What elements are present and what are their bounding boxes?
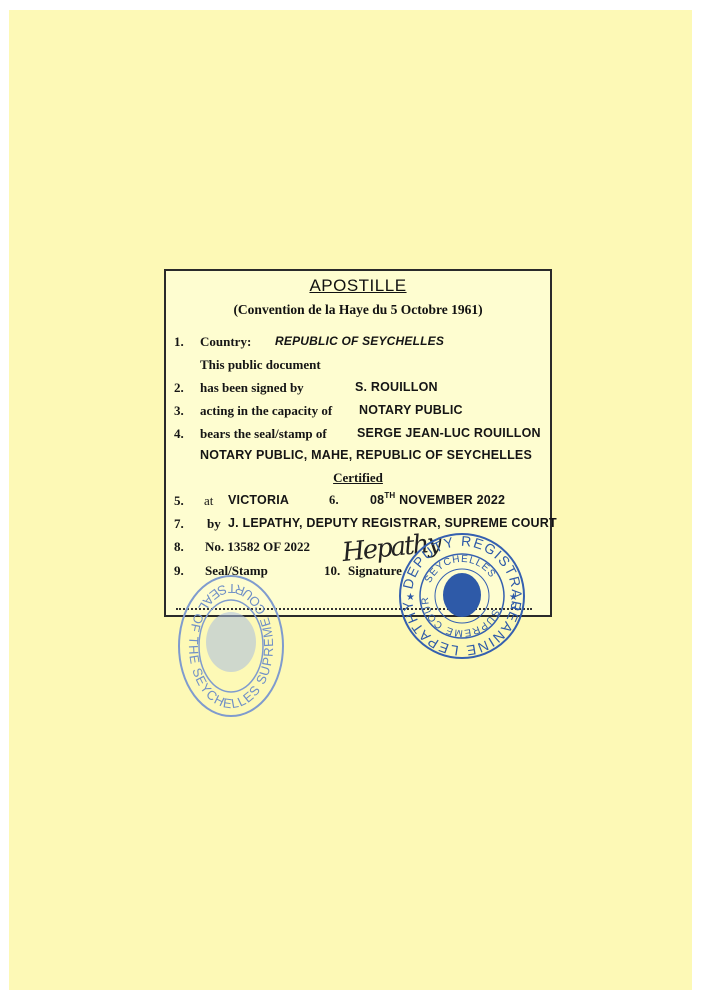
signed-by-value: S. ROUILLON <box>355 380 438 394</box>
seal-of-value: SERGE JEAN-LUC ROUILLON <box>357 426 541 440</box>
certificate-subtitle: (Convention de la Haye du 5 Octobre 1961… <box>166 302 550 318</box>
svg-text:★: ★ <box>406 592 415 603</box>
by-value: J. LEPATHY, DEPUTY REGISTRAR, SUPREME CO… <box>228 516 557 530</box>
place-value: VICTORIA <box>228 493 289 507</box>
deputy-registrar-stamp-icon: JEANINE LEPATHY DEPUTY REGISTRAR SUPREME… <box>396 532 528 660</box>
date-value: 08TH NOVEMBER 2022 <box>370 493 505 507</box>
certificate-title: APOSTILLE <box>166 276 550 296</box>
country-value: REPUBLIC OF SEYCHELLES <box>275 334 444 348</box>
supreme-court-seal-icon: SEAL OF THE SEYCHELLES SUPREME COURT ★ <box>176 572 286 718</box>
svg-text:★: ★ <box>509 592 518 603</box>
capacity-value: NOTARY PUBLIC <box>359 403 463 417</box>
certified-heading: Certified <box>166 470 550 486</box>
reference-value: No. 13582 OF 2022 <box>205 539 310 555</box>
